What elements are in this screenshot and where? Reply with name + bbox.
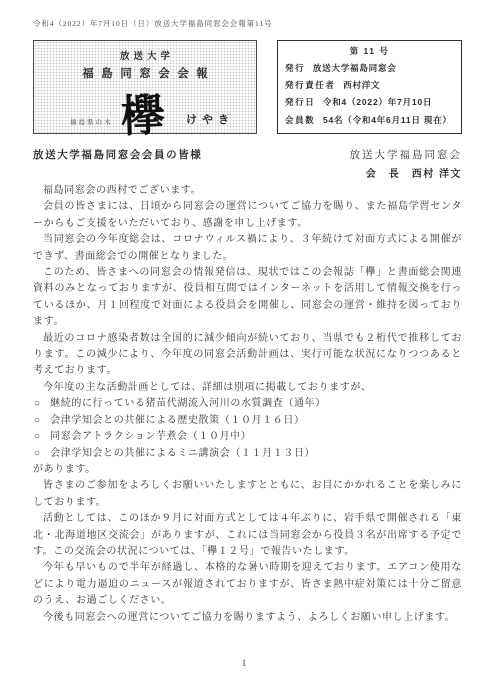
circle-bullet-icon: ○	[34, 398, 41, 409]
recipients-line: 放送大学福島同窓会会員の皆様	[33, 147, 202, 162]
letter-body: 福島同窓会の西村でございます。 会員の皆さまには、日頃から同窓会の運営についてご…	[33, 183, 462, 626]
issue-members-line: 会員数 54名（令和4年6月11日 現在）	[285, 112, 454, 129]
body-paragraph: 今年も早いもので半年が経過し、本格的な暑い時期を迎えております。エアコン使用など…	[33, 560, 462, 609]
page-number: 1	[0, 658, 488, 668]
page-header-dateline: 令和4（2022）年7月10日（日）放送大学福島同窓会会報第11号	[33, 18, 272, 29]
document-page: 令和4（2022）年7月10日（日）放送大学福島同窓会会報第11号 放送大学 福…	[0, 0, 488, 698]
body-paragraph: 最近のコロナ感染者数は全国的に減少傾向が続いており、当県でも２桁代で推移しており…	[33, 331, 462, 380]
circle-bullet-icon: ○	[34, 431, 41, 442]
sender-title: 会 長 西村 洋文	[350, 165, 463, 180]
masthead-row: 放送大学 福島同窓会会報 福島県の木 欅 けやき 第 11 号 発行 放送大学福…	[33, 40, 462, 134]
sender-org: 放送大学福島同窓会	[350, 147, 463, 162]
body-paragraph: このため、皆さまへの同窓会の情報発信は、現状ではこの会報誌「欅」と書面総会関連資…	[33, 265, 462, 331]
masthead-box: 放送大学 福島同窓会会報 福島県の木 欅 けやき	[33, 40, 257, 134]
issue-date-label: 発行日	[285, 94, 315, 111]
body-paragraph: 今後も同窓会への運営についてご協力を賜りますよう、よろしくお願い申し上げます。	[33, 610, 462, 626]
salutation-row: 放送大学福島同窓会会員の皆様 放送大学福島同窓会 会 長 西村 洋文	[33, 147, 462, 180]
issue-publisher-line: 発行 放送大学福島同窓会	[285, 60, 454, 77]
circle-bullet-icon: ○	[34, 448, 41, 459]
masthead-university: 放送大学	[34, 48, 256, 62]
activity-text: 継続的に行っている猪苗代湖流入河川の水質調査（通年）	[50, 398, 326, 409]
keyaki-calligraphy: 欅	[120, 94, 166, 140]
tree-reading: けやき	[186, 111, 234, 127]
activity-item: ○会津学知会との共催によるミニ講演会（１１月１３日）	[33, 446, 462, 462]
issue-date-line: 発行日 令和4（2022）年7月10日	[285, 94, 454, 111]
issue-members-label: 会員数	[285, 112, 315, 129]
body-paragraph: 会員の皆さまには、日頃から同窓会の運営についてご協力を賜り、また福島学習センター…	[33, 199, 462, 232]
body-paragraph: 今年度の主な活動計画としては、詳細は別項に掲載しておりますが、	[33, 380, 462, 396]
body-paragraph: 皆さまのご参加をよろしくお願いいたしますとともに、お目にかかれることを楽しみにし…	[33, 478, 462, 511]
circle-bullet-icon: ○	[34, 415, 41, 426]
issue-publisher-value: 放送大学福島同窓会	[313, 60, 397, 77]
masthead-tree-emblem: 福島県の木 欅 けやき	[34, 81, 256, 137]
body-paragraph: 当同窓会の今年度総会は、コロナウィルス禍により、３年続けて対面方式による開催がで…	[33, 232, 462, 265]
issue-number: 第 11 号	[285, 43, 454, 60]
sender-block: 放送大学福島同窓会 会 長 西村 洋文	[350, 147, 463, 180]
issue-info-box: 第 11 号 発行 放送大学福島同窓会 発行責任者 西村洋文 発行日 令和4（2…	[277, 40, 462, 134]
list-suffix: があります。	[33, 462, 462, 478]
activity-item: ○会津学知会との共催による歴史散策（１０月１６日）	[33, 413, 462, 429]
activity-text: 会津学知会との共催によるミニ講演会（１１月１３日）	[50, 448, 315, 459]
issue-publisher-label: 発行	[285, 60, 305, 77]
activity-item: ○同窓会アトラクション芋煮会（１０月中）	[33, 429, 462, 445]
activity-text: 同窓会アトラクション芋煮会（１０月中）	[50, 431, 251, 442]
tree-caption: 福島県の木	[70, 117, 113, 126]
issue-editor-label: 発行責任者	[285, 77, 336, 94]
activity-item: ○継続的に行っている猪苗代湖流入河川の水質調査（通年）	[33, 396, 462, 412]
issue-editor-line: 発行責任者 西村洋文	[285, 77, 454, 94]
masthead-bulletin-title: 福島同窓会会報	[34, 65, 256, 81]
issue-members-value: 54名（令和4年6月11日 現在）	[323, 112, 452, 129]
issue-editor-value: 西村洋文	[343, 77, 380, 94]
activity-text: 会津学知会との共催による歴史散策（１０月１６日）	[50, 415, 304, 426]
body-paragraph: 福島同窓会の西村でございます。	[33, 183, 462, 199]
issue-date-value: 令和4（2022）年7月10日	[323, 94, 432, 111]
body-paragraph: 活動としては、このほか９月に対面方式としては４年ぶりに、岩手県で開催される「東北…	[33, 511, 462, 560]
